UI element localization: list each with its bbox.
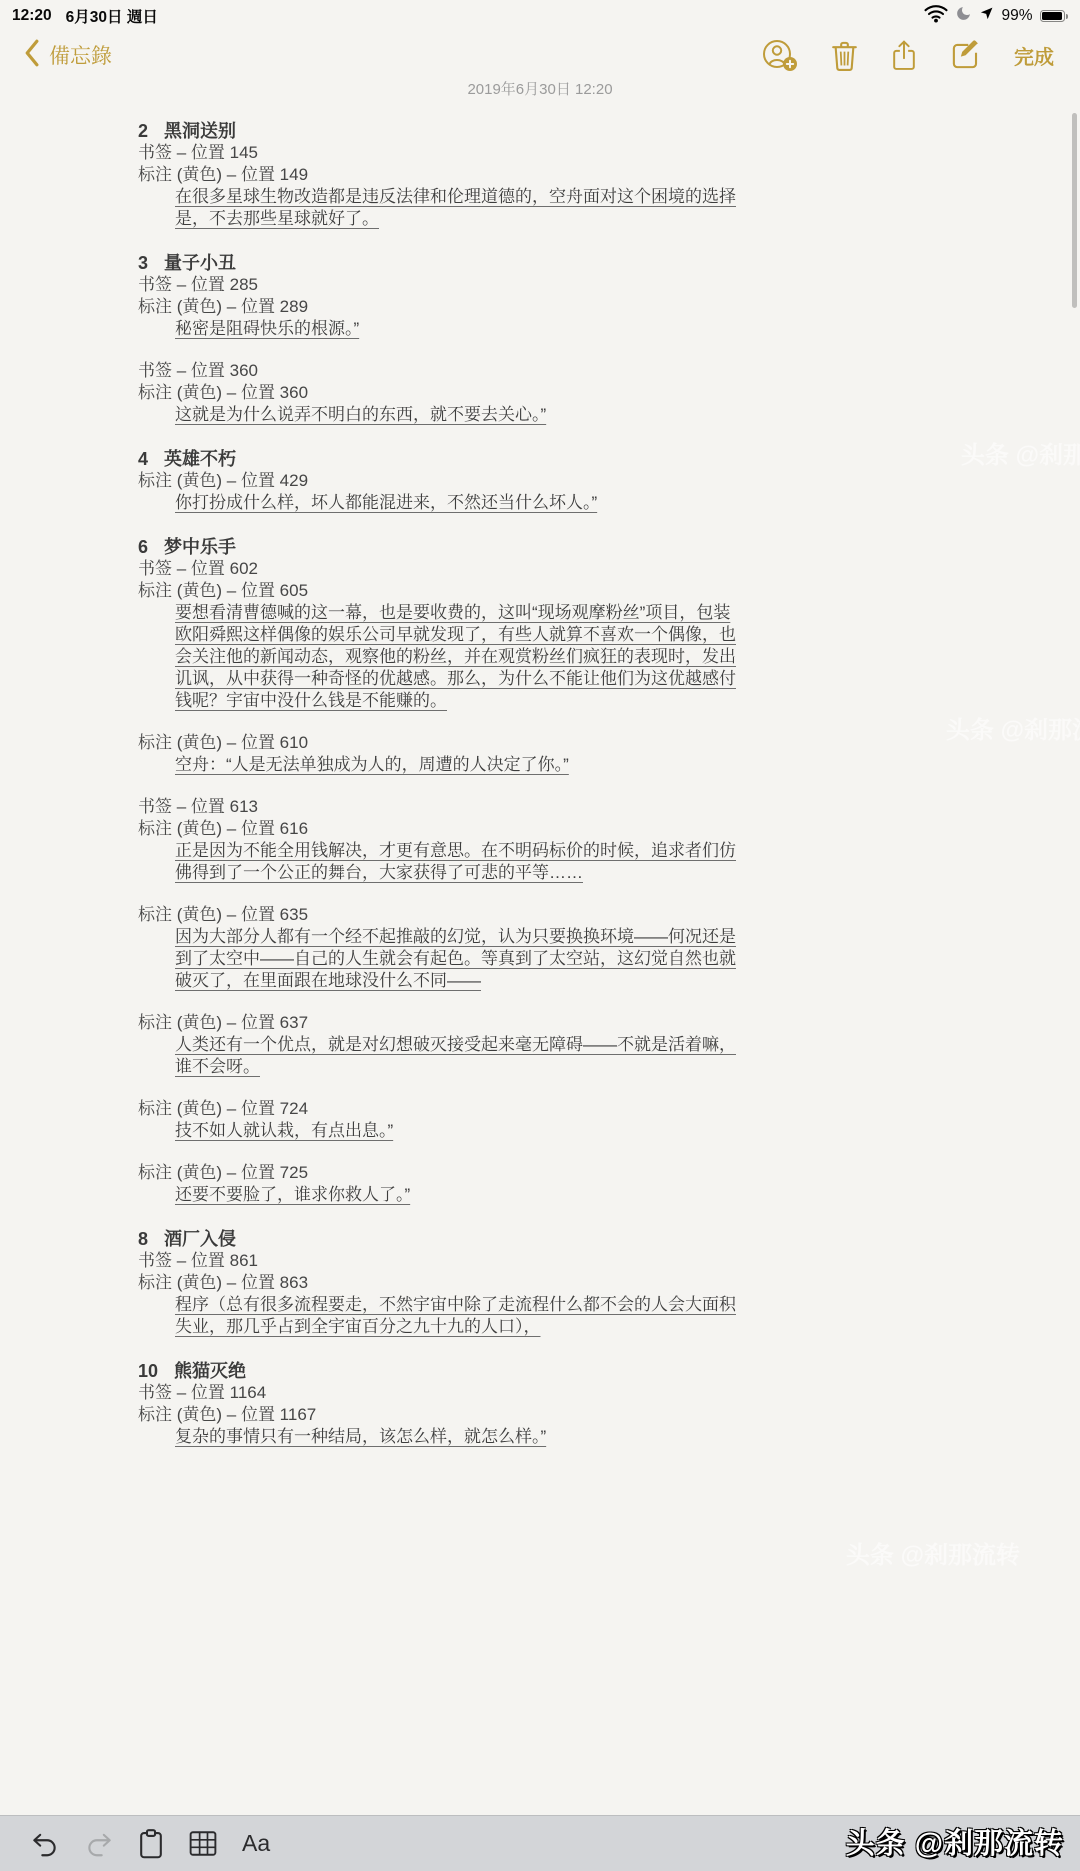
note-section: 10熊猫灭绝书签 – 位置 1164标注 (黄色) – 位置 1167复杂的事情…	[138, 1360, 960, 1448]
section-title: 酒厂入侵	[164, 1229, 236, 1249]
highlight-block: 书签 – 位置 861标注 (黄色) – 位置 863程序（总有很多流程要走，不…	[138, 1250, 960, 1338]
status-date: 6月30日 週日	[66, 5, 158, 27]
position-label: 标注 (黄色) – 位置 429	[138, 470, 960, 492]
status-left: 12:20 6月30日 週日	[12, 5, 158, 27]
add-collaborator-icon[interactable]	[762, 39, 798, 72]
position-label: 书签 – 位置 145	[138, 142, 960, 164]
section-title: 熊猫灭绝	[174, 1361, 246, 1381]
highlight-quote-link[interactable]: 秘密是阻碍快乐的根源。”	[175, 318, 741, 340]
position-label: 书签 – 位置 602	[138, 558, 960, 580]
ghost-watermark: 头条 @刹那流转	[846, 1535, 1020, 1570]
trash-icon[interactable]	[831, 40, 858, 71]
back-label: 備忘錄	[49, 40, 112, 70]
location-services-icon	[979, 6, 994, 26]
highlight-block: 书签 – 位置 1164标注 (黄色) – 位置 1167复杂的事情只有一种结局…	[138, 1382, 960, 1448]
scrollbar-thumb[interactable]	[1072, 113, 1077, 308]
back-button[interactable]: 備忘錄	[24, 39, 112, 72]
highlight-block: 书签 – 位置 360标注 (黄色) – 位置 360这就是为什么说弄不明白的东…	[138, 360, 960, 426]
highlight-block: 标注 (黄色) – 位置 637人类还有一个优点，就是对幻想破灭接受起来毫无障碍…	[138, 1012, 960, 1078]
highlight-quote-link[interactable]: 复杂的事情只有一种结局，该怎么样，就怎么样。”	[175, 1426, 741, 1448]
note-date-line: 2019年6月30日 12:20	[0, 80, 1080, 100]
nav-actions: 完成	[762, 39, 1054, 72]
highlight-quote-link[interactable]: 你打扮成什么样，坏人都能混进来，不然还当什么坏人。”	[175, 492, 741, 514]
position-label: 标注 (黄色) – 位置 1167	[138, 1404, 960, 1426]
section-title: 英雄不朽	[164, 449, 236, 469]
section-heading: 10熊猫灭绝	[138, 1360, 960, 1382]
chevron-left-icon	[24, 39, 39, 72]
status-weekday-text: 週日	[127, 9, 158, 26]
section-number: 8	[138, 1228, 148, 1250]
section-title: 黑洞送别	[164, 121, 236, 141]
status-date-text: 6月30日	[66, 9, 123, 26]
nav-bar: 備忘錄	[0, 32, 1080, 78]
section-heading: 8酒厂入侵	[138, 1228, 960, 1250]
note-section: 8酒厂入侵书签 – 位置 861标注 (黄色) – 位置 863程序（总有很多流…	[138, 1228, 960, 1338]
highlight-quote-link[interactable]: 技不如人就认栽，有点出息。”	[175, 1120, 741, 1142]
section-number: 6	[138, 536, 148, 558]
note-content-area[interactable]: 2019年6月30日 12:20 2黑洞送别书签 – 位置 145标注 (黄色)…	[0, 80, 1080, 1448]
position-label: 书签 – 位置 1164	[138, 1382, 960, 1404]
note-section: 3量子小丑书签 – 位置 285标注 (黄色) – 位置 289秘密是阻碍快乐的…	[138, 252, 960, 426]
position-label: 书签 – 位置 613	[138, 796, 960, 818]
note-section: 2黑洞送别书签 – 位置 145标注 (黄色) – 位置 149在很多星球生物改…	[138, 120, 960, 230]
share-icon[interactable]	[891, 40, 917, 71]
section-heading: 2黑洞送别	[138, 120, 960, 142]
highlight-block: 标注 (黄色) – 位置 724技不如人就认栽，有点出息。”	[138, 1098, 960, 1142]
section-heading: 6梦中乐手	[138, 536, 960, 558]
bottom-toolbar: Aa 头条 @刹那流转	[0, 1815, 1080, 1871]
position-label: 标注 (黄色) – 位置 724	[138, 1098, 960, 1120]
highlight-quote-link[interactable]: 要想看清曹德喊的这一幕，也是要收费的，这叫“现场观摩粉丝”项目，包装欧阳舜熙这样…	[175, 602, 741, 712]
highlight-quote-link[interactable]: 还要不要脸了，谁求你救人了。”	[175, 1184, 741, 1206]
done-button[interactable]: 完成	[1014, 41, 1054, 70]
section-title: 量子小丑	[164, 253, 236, 273]
status-right: 99%	[924, 4, 1068, 28]
undo-icon[interactable]	[30, 1831, 60, 1857]
section-heading: 4英雄不朽	[138, 448, 960, 470]
highlight-quote-link[interactable]: 人类还有一个优点，就是对幻想破灭接受起来毫无障碍——不就是活着嘛，谁不会呀。	[175, 1034, 741, 1078]
position-label: 书签 – 位置 285	[138, 274, 960, 296]
note-body: 2黑洞送别书签 – 位置 145标注 (黄色) – 位置 149在很多星球生物改…	[0, 100, 1080, 1448]
watermark-text: 头条 @刹那流转	[846, 1821, 1064, 1862]
section-title: 梦中乐手	[164, 537, 236, 557]
position-label: 标注 (黄色) – 位置 610	[138, 732, 960, 754]
highlight-block: 标注 (黄色) – 位置 635因为大部分人都有一个经不起推敲的幻觉，认为只要换…	[138, 904, 960, 992]
position-label: 标注 (黄色) – 位置 635	[138, 904, 960, 926]
section-number: 2	[138, 120, 148, 142]
position-label: 标注 (黄色) – 位置 863	[138, 1272, 960, 1294]
section-number: 3	[138, 252, 148, 274]
highlight-block: 标注 (黄色) – 位置 610空舟：“人是无法单独成为人的，周遭的人决定了你。…	[138, 732, 960, 776]
highlight-quote-link[interactable]: 空舟：“人是无法单独成为人的，周遭的人决定了你。”	[175, 754, 741, 776]
section-number: 4	[138, 448, 148, 470]
wifi-icon	[924, 4, 948, 28]
highlight-block: 标注 (黄色) – 位置 429你打扮成什么样，坏人都能混进来，不然还当什么坏人…	[138, 470, 960, 514]
section-number: 10	[138, 1360, 158, 1382]
compose-icon[interactable]	[950, 40, 981, 71]
position-label: 标注 (黄色) – 位置 637	[138, 1012, 960, 1034]
highlight-quote-link[interactable]: 程序（总有很多流程要走，不然宇宙中除了走流程什么都不会的人会大面积失业，那几乎占…	[175, 1294, 741, 1338]
position-label: 标注 (黄色) – 位置 360	[138, 382, 960, 404]
position-label: 书签 – 位置 360	[138, 360, 960, 382]
note-section: 6梦中乐手书签 – 位置 602标注 (黄色) – 位置 605要想看清曹德喊的…	[138, 536, 960, 1206]
status-bar: 12:20 6月30日 週日	[0, 0, 1080, 32]
paste-clipboard-icon[interactable]	[138, 1829, 164, 1859]
highlight-block: 书签 – 位置 602标注 (黄色) – 位置 605要想看清曹德喊的这一幕，也…	[138, 558, 960, 712]
position-label: 标注 (黄色) – 位置 725	[138, 1162, 960, 1184]
position-label: 标注 (黄色) – 位置 149	[138, 164, 960, 186]
position-label: 标注 (黄色) – 位置 605	[138, 580, 960, 602]
notes-app-screen: 12:20 6月30日 週日	[0, 0, 1080, 1871]
text-format-button[interactable]: Aa	[242, 1830, 270, 1857]
position-label: 书签 – 位置 861	[138, 1250, 960, 1272]
do-not-disturb-moon-icon	[955, 5, 972, 27]
redo-icon[interactable]	[84, 1831, 114, 1857]
status-time: 12:20	[12, 7, 52, 25]
position-label: 标注 (黄色) – 位置 616	[138, 818, 960, 840]
highlight-quote-link[interactable]: 因为大部分人都有一个经不起推敲的幻觉，认为只要换换环境——何况还是到了太空中——…	[175, 926, 741, 992]
table-icon[interactable]	[188, 1830, 218, 1857]
highlight-block: 书签 – 位置 613标注 (黄色) – 位置 616正是因为不能全用钱解决，才…	[138, 796, 960, 884]
highlight-quote-link[interactable]: 在很多星球生物改造都是违反法律和伦理道德的，空舟面对这个困境的选择是，不去那些星…	[175, 186, 741, 230]
highlight-quote-link[interactable]: 这就是为什么说弄不明白的东西，就不要去关心。”	[175, 404, 741, 426]
highlight-block: 标注 (黄色) – 位置 725还要不要脸了，谁求你救人了。”	[138, 1162, 960, 1206]
section-heading: 3量子小丑	[138, 252, 960, 274]
position-label: 标注 (黄色) – 位置 289	[138, 296, 960, 318]
highlight-block: 书签 – 位置 285标注 (黄色) – 位置 289秘密是阻碍快乐的根源。”	[138, 274, 960, 340]
highlight-block: 书签 – 位置 145标注 (黄色) – 位置 149在很多星球生物改造都是违反…	[138, 142, 960, 230]
highlight-quote-link[interactable]: 正是因为不能全用钱解决，才更有意思。在不明码标价的时候，追求者们仿佛得到了一个公…	[175, 840, 741, 884]
battery-icon	[1040, 10, 1069, 22]
note-section: 4英雄不朽标注 (黄色) – 位置 429你打扮成什么样，坏人都能混进来，不然还…	[138, 448, 960, 514]
battery-percent: 99%	[1001, 7, 1032, 25]
